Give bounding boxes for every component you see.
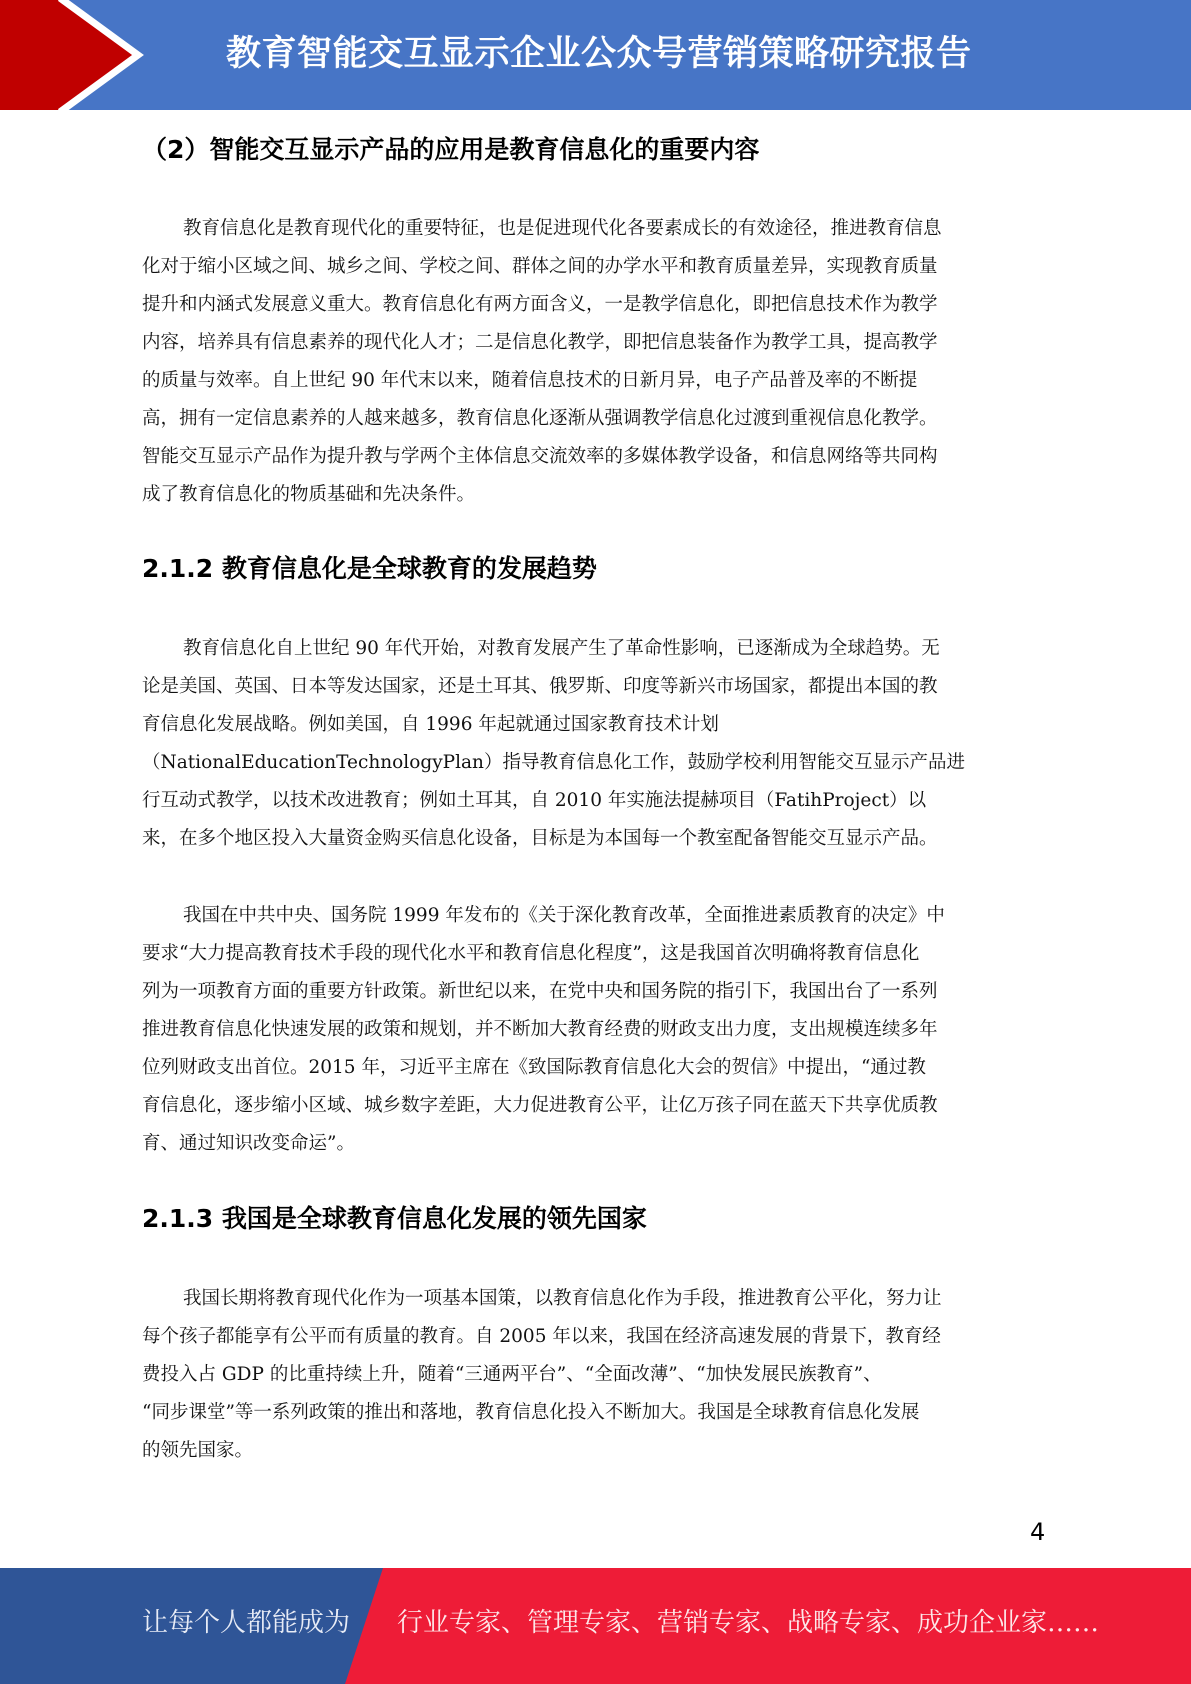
paragraph-application: 教育信息化是教育现代化的重要特征，也是促进现代化各要素成长的有效途径，推进教育信… [142, 210, 1047, 514]
section-heading-2-1-2: 2.1.2 教育信息化是全球教育的发展趋势 [142, 549, 597, 585]
text-line: 论是美国、英国、日本等发达国家，还是土耳其、俄罗斯、印度等新兴市场国家，都提出本… [142, 668, 1047, 706]
text-line: 列为一项教育方面的重要方针政策。新世纪以来，在党中央和国务院的指引下，我国出台了… [142, 973, 1047, 1011]
text-line: 化对于缩小区域之间、城乡之间、学校之间、群体之间的办学水平和教育质量差异，实现教… [142, 248, 1047, 286]
text-line: 我国长期将教育现代化作为一项基本国策，以教育信息化作为手段，推进教育公平化，努力… [142, 1280, 1047, 1318]
section-heading-2-1-3: 2.1.3 我国是全球教育信息化发展的领先国家 [142, 1199, 647, 1235]
text-line: 推进教育信息化快速发展的政策和规划，并不断加大教育经费的财政支出力度，支出规模连… [142, 1011, 1047, 1049]
paragraph-china-leading: 我国长期将教育现代化作为一项基本国策，以教育信息化作为手段，推进教育公平化，努力… [142, 1280, 1047, 1470]
text-line: “同步课堂”等一系列政策的推出和落地，教育信息化投入不断加大。我国是全球教育信息… [142, 1394, 1047, 1432]
section-heading-application: （2）智能交互显示产品的应用是教育信息化的重要内容 [142, 130, 759, 166]
page-header: 教育智能交互显示企业公众号营销策略研究报告 [0, 0, 1191, 110]
footer-slogan-left: 让每个人都能成为 [142, 1602, 350, 1639]
text-line: 的质量与效率。自上世纪 90 年代末以来，随着信息技术的日新月异，电子产品普及率… [142, 362, 1047, 400]
text-line: 育、通过知识改变命运”。 [142, 1125, 1047, 1163]
paragraph-china-policy: 我国在中共中央、国务院 1999 年发布的《关于深化教育改革，全面推进素质教育的… [142, 897, 1047, 1163]
text-line: 教育信息化自上世纪 90 年代开始，对教育发展产生了革命性影响，已逐渐成为全球趋… [142, 630, 1047, 668]
text-line: 教育信息化是教育现代化的重要特征，也是促进现代化各要素成长的有效途径，推进教育信… [142, 210, 1047, 248]
text-line: 位列财政支出首位。2015 年，习近平主席在《致国际教育信息化大会的贺信》中提出… [142, 1049, 1047, 1087]
red-arrow-icon [0, 0, 160, 110]
text-line: 要求“大力提高教育技术手段的现代化水平和教育信息化程度”，这是我国首次明确将教育… [142, 935, 1047, 973]
page-number: 4 [1030, 1518, 1045, 1546]
text-line: （NationalEducationTechnologyPlan）指导教育信息化… [142, 744, 1047, 782]
text-line: 育信息化，逐步缩小区域、城乡数字差距，大力促进教育公平，让亿万孩子同在蓝天下共享… [142, 1087, 1047, 1125]
text-line: 智能交互显示产品作为提升教与学两个主体信息交流效率的多媒体教学设备，和信息网络等… [142, 438, 1047, 476]
footer-slogan-right: 行业专家、管理专家、营销专家、战略专家、成功企业家…… [397, 1602, 1099, 1639]
paragraph-global-trend: 教育信息化自上世纪 90 年代开始，对教育发展产生了革命性影响，已逐渐成为全球趋… [142, 630, 1047, 858]
text-line: 的领先国家。 [142, 1432, 1047, 1470]
page-footer: 让每个人都能成为 行业专家、管理专家、营销专家、战略专家、成功企业家…… [0, 1568, 1191, 1684]
text-line: 费投入占 GDP 的比重持续上升，随着“三通两平台”、“全面改薄”、“加快发展民… [142, 1356, 1047, 1394]
text-line: 行互动式教学，以技术改进教育；例如土耳其，自 2010 年实施法提赫项目（Fat… [142, 782, 1047, 820]
text-line: 来，在多个地区投入大量资金购买信息化设备，目标是为本国每一个教室配备智能交互显示… [142, 820, 1047, 858]
text-line: 成了教育信息化的物质基础和先决条件。 [142, 476, 1047, 514]
text-line: 提升和内涵式发展意义重大。教育信息化有两方面含义，一是教学信息化，即把信息技术作… [142, 286, 1047, 324]
text-line: 每个孩子都能享有公平而有质量的教育。自 2005 年以来，我国在经济高速发展的背… [142, 1318, 1047, 1356]
text-line: 高，拥有一定信息素养的人越来越多，教育信息化逐渐从强调教学信息化过渡到重视信息化… [142, 400, 1047, 438]
report-title: 教育智能交互显示企业公众号营销策略研究报告 [226, 26, 972, 82]
text-line: 我国在中共中央、国务院 1999 年发布的《关于深化教育改革，全面推进素质教育的… [142, 897, 1047, 935]
text-line: 育信息化发展战略。例如美国，自 1996 年起就通过国家教育技术计划 [142, 706, 1047, 744]
text-line: 内容，培养具有信息素养的现代化人才；二是信息化教学，即把信息装备作为教学工具，提… [142, 324, 1047, 362]
